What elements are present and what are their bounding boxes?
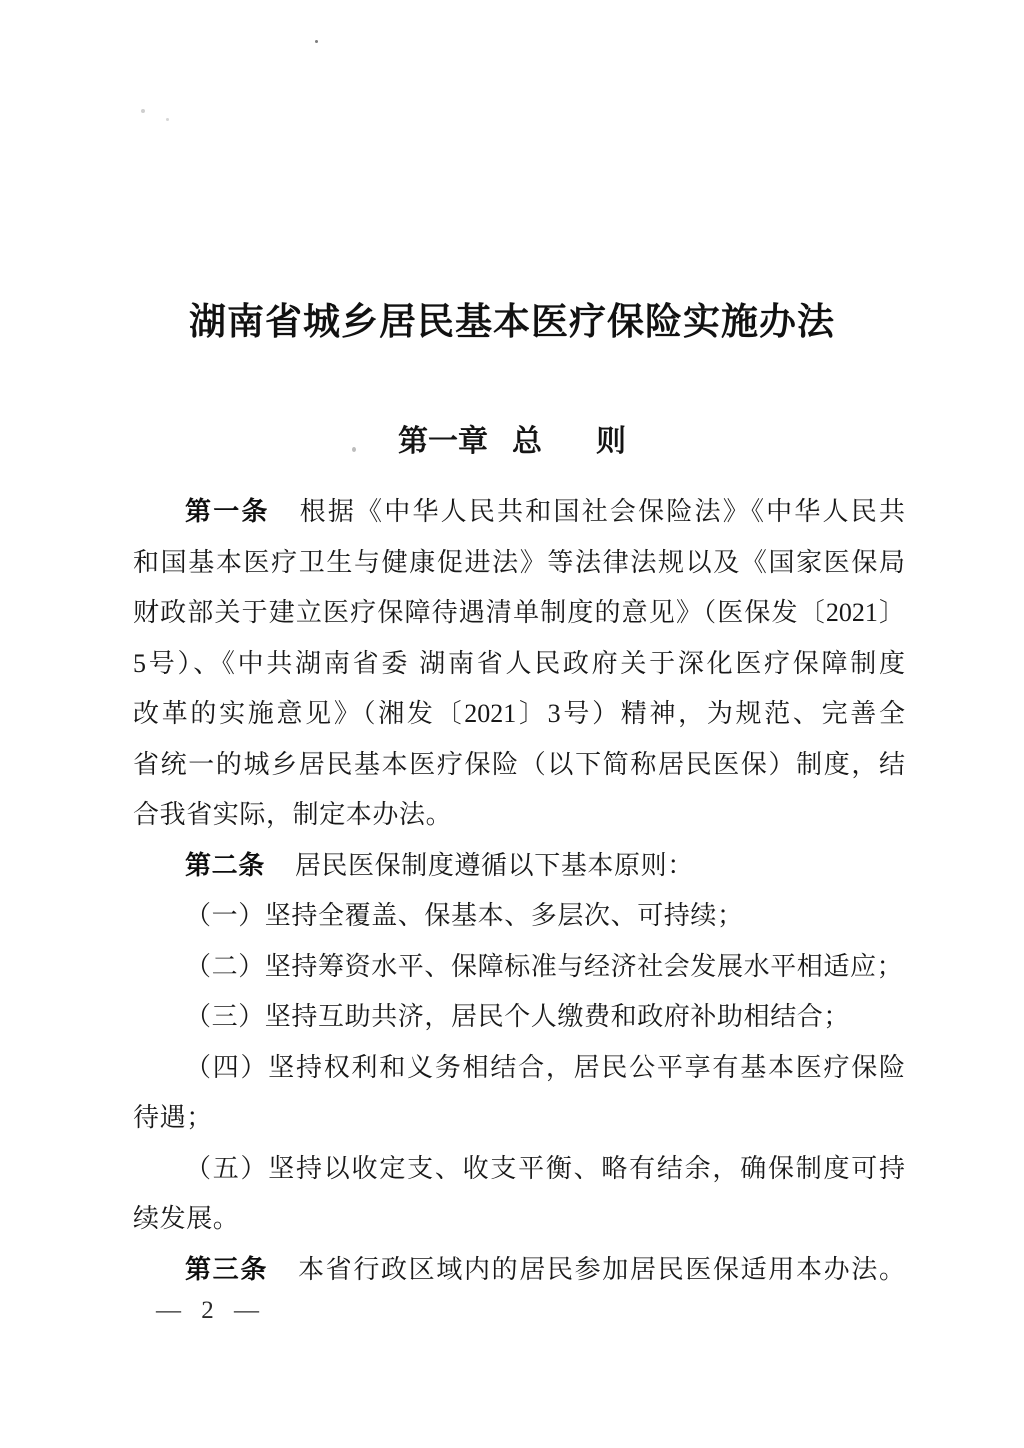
text-line: 第三条本省行政区域内的居民参加居民医保适用本办法。 <box>133 1245 905 1296</box>
text-line: 续发展。 <box>133 1194 905 1245</box>
article-label: 第三条 <box>185 1255 268 1284</box>
chapter-heading: 第一章总则 <box>0 416 1024 460</box>
article-label: 第一条 <box>185 497 270 526</box>
chapter-name-second: 则 <box>596 425 626 458</box>
text-line: 5号）、《中共湖南省委 湖南省人民政府关于深化医疗保障制度 <box>133 639 905 690</box>
article-label: 第二条 <box>185 851 265 880</box>
text-line: 改革的实施意见》（湘发〔2021〕3号）精神，为规范、完善全 <box>133 689 905 740</box>
text-line: 第二条居民医保制度遵循以下基本原则： <box>133 841 905 892</box>
text-line: （五）坚持以收定支、收支平衡、略有结余，确保制度可持 <box>133 1144 905 1195</box>
scan-speck <box>315 40 318 43</box>
text-line-content: 根据《中华人民共和国社会保险法》《中华人民共 <box>300 497 905 526</box>
text-line: 财政部关于建立医疗保障待遇清单制度的意见》（医保发〔2021〕 <box>133 588 905 639</box>
page-number: — 2 — <box>156 1297 266 1325</box>
scan-speck <box>166 118 169 121</box>
text-line-content: 居民医保制度遵循以下基本原则： <box>295 851 694 880</box>
chapter-name-first: 总 <box>512 425 542 458</box>
chapter-number: 第一章 <box>398 425 488 458</box>
text-line: 合我省实际，制定本办法。 <box>133 790 905 841</box>
text-line: （二）坚持筹资水平、保障标准与经济社会发展水平相适应； <box>133 942 905 993</box>
text-line: （三）坚持互助共济，居民个人缴费和政府补助相结合； <box>133 992 905 1043</box>
text-line: （一）坚持全覆盖、保基本、多层次、可持续； <box>133 891 905 942</box>
text-line: 待遇； <box>133 1093 905 1144</box>
text-line: 第一条根据《中华人民共和国社会保险法》《中华人民共 <box>133 487 905 538</box>
document-title: 湖南省城乡居民基本医疗保险实施办法 <box>0 291 1024 345</box>
text-line: 省统一的城乡居民基本医疗保险（以下简称居民医保）制度，结 <box>133 740 905 791</box>
document-body: 第一条根据《中华人民共和国社会保险法》《中华人民共 和国基本医疗卫生与健康促进法… <box>133 487 905 1295</box>
text-line: 和国基本医疗卫生与健康促进法》等法律法规以及《国家医保局 <box>133 538 905 589</box>
scan-speck <box>141 109 145 113</box>
text-line: （四）坚持权利和义务相结合，居民公平享有基本医疗保险 <box>133 1043 905 1094</box>
text-line-content: 本省行政区域内的居民参加居民医保适用本办法。 <box>298 1255 905 1284</box>
document-page: 湖南省城乡居民基本医疗保险实施办法 第一章总则 第一条根据《中华人民共和国社会保… <box>0 0 1024 1448</box>
